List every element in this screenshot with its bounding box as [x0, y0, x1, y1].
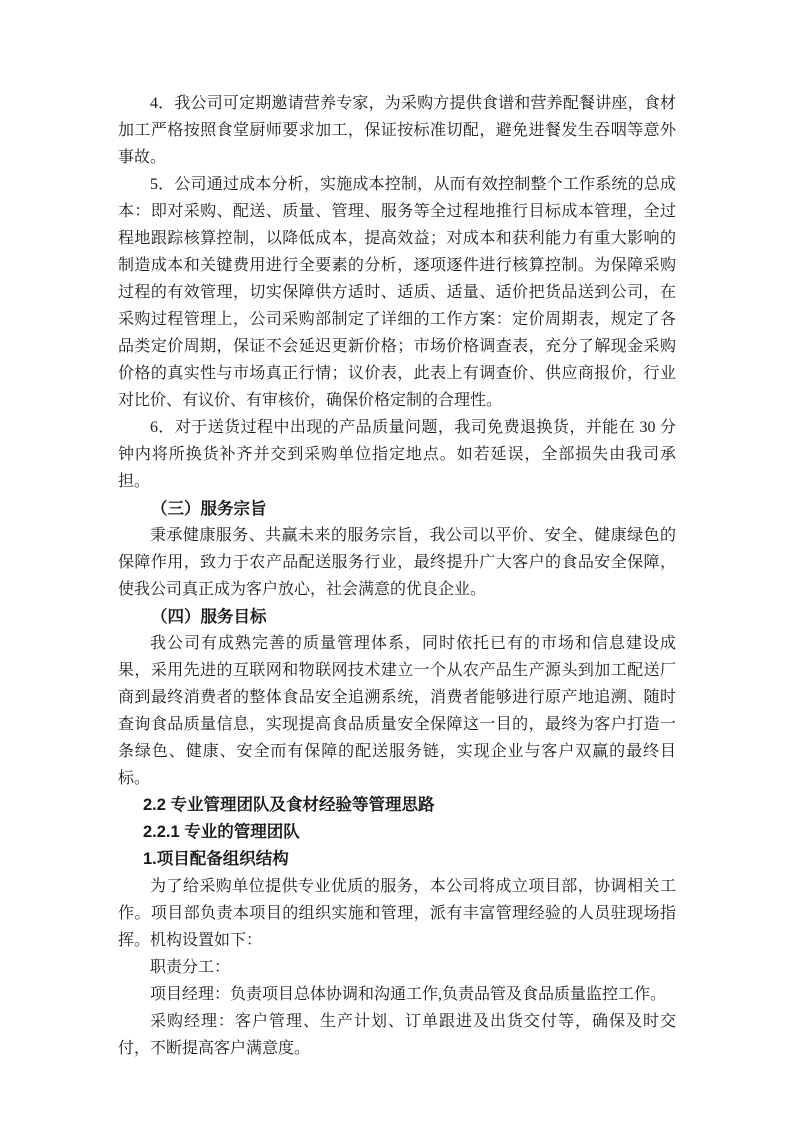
heading-service-tenet: （三）服务宗旨 [118, 495, 676, 522]
heading-service-goal: （四）服务目标 [118, 603, 676, 630]
heading-2-2: 2.2 专业管理团队及食材经验等管理思路 [118, 792, 676, 819]
document-text-area: 4．我公司可定期邀请营养专家，为采购方提供食谱和营养配餐讲座，食材加工严格按照食… [118, 90, 676, 1062]
list-item-5: 5．公司通过成本分析，实施成本控制，从而有效控制整个工作系统的总成本：即对采购、… [118, 171, 676, 414]
para-service-tenet: 秉承健康服务、共赢未来的服务宗旨，我公司以平价、安全、健康绿色的保障作用，致力于… [118, 522, 676, 603]
heading-2-2-1: 2.2.1 专业的管理团队 [118, 819, 676, 846]
para-duty-division: 职责分工： [118, 954, 676, 981]
heading-org-structure: 1.项目配备组织结构 [118, 846, 676, 873]
document-page: 4．我公司可定期邀请营养专家，为采购方提供食谱和营养配餐讲座，食材加工严格按照食… [0, 0, 793, 1122]
para-project-dept: 为了给采购单位提供专业优质的服务，本公司将成立项目部，协调相关工作。项目部负责本… [118, 873, 676, 954]
list-item-6: 6．对于送货过程中出现的产品质量问题，我司免费退换货，并能在 30 分钟内将所换… [118, 414, 676, 495]
para-purchase-manager: 采购经理：客户管理、生产计划、订单跟进及出货交付等，确保及时交付，不断提高客户满… [118, 1008, 676, 1062]
para-project-manager: 项目经理：负责项目总体协调和沟通工作,负责品管及食品质量监控工作。 [118, 981, 676, 1008]
para-service-goal: 我公司有成熟完善的质量管理体系，同时依托已有的市场和信息建设成果，采用先进的互联… [118, 630, 676, 792]
list-item-4: 4．我公司可定期邀请营养专家，为采购方提供食谱和营养配餐讲座，食材加工严格按照食… [118, 90, 676, 171]
